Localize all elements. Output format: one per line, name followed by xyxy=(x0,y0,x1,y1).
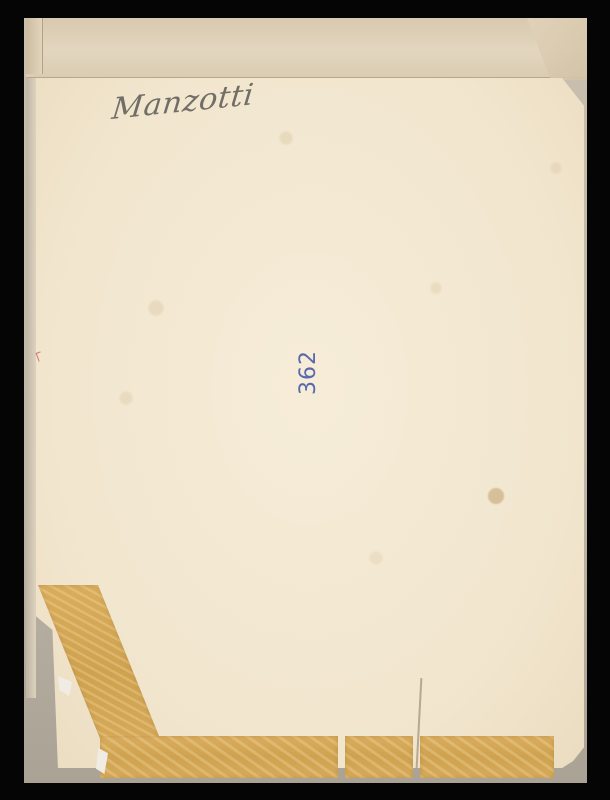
scan-stage: Manzotti 362 xyxy=(0,0,610,800)
backing-left-edge xyxy=(26,78,36,698)
tape-strip-bottom-middle xyxy=(345,736,413,778)
tape-strip-bottom-left xyxy=(100,736,338,778)
top-strip-right-fold xyxy=(527,18,587,80)
top-strip-left-fold xyxy=(26,18,43,74)
tape-strip-bottom-right xyxy=(420,736,554,778)
top-folded-strip xyxy=(26,18,587,78)
inventory-number: 362 xyxy=(296,350,321,395)
